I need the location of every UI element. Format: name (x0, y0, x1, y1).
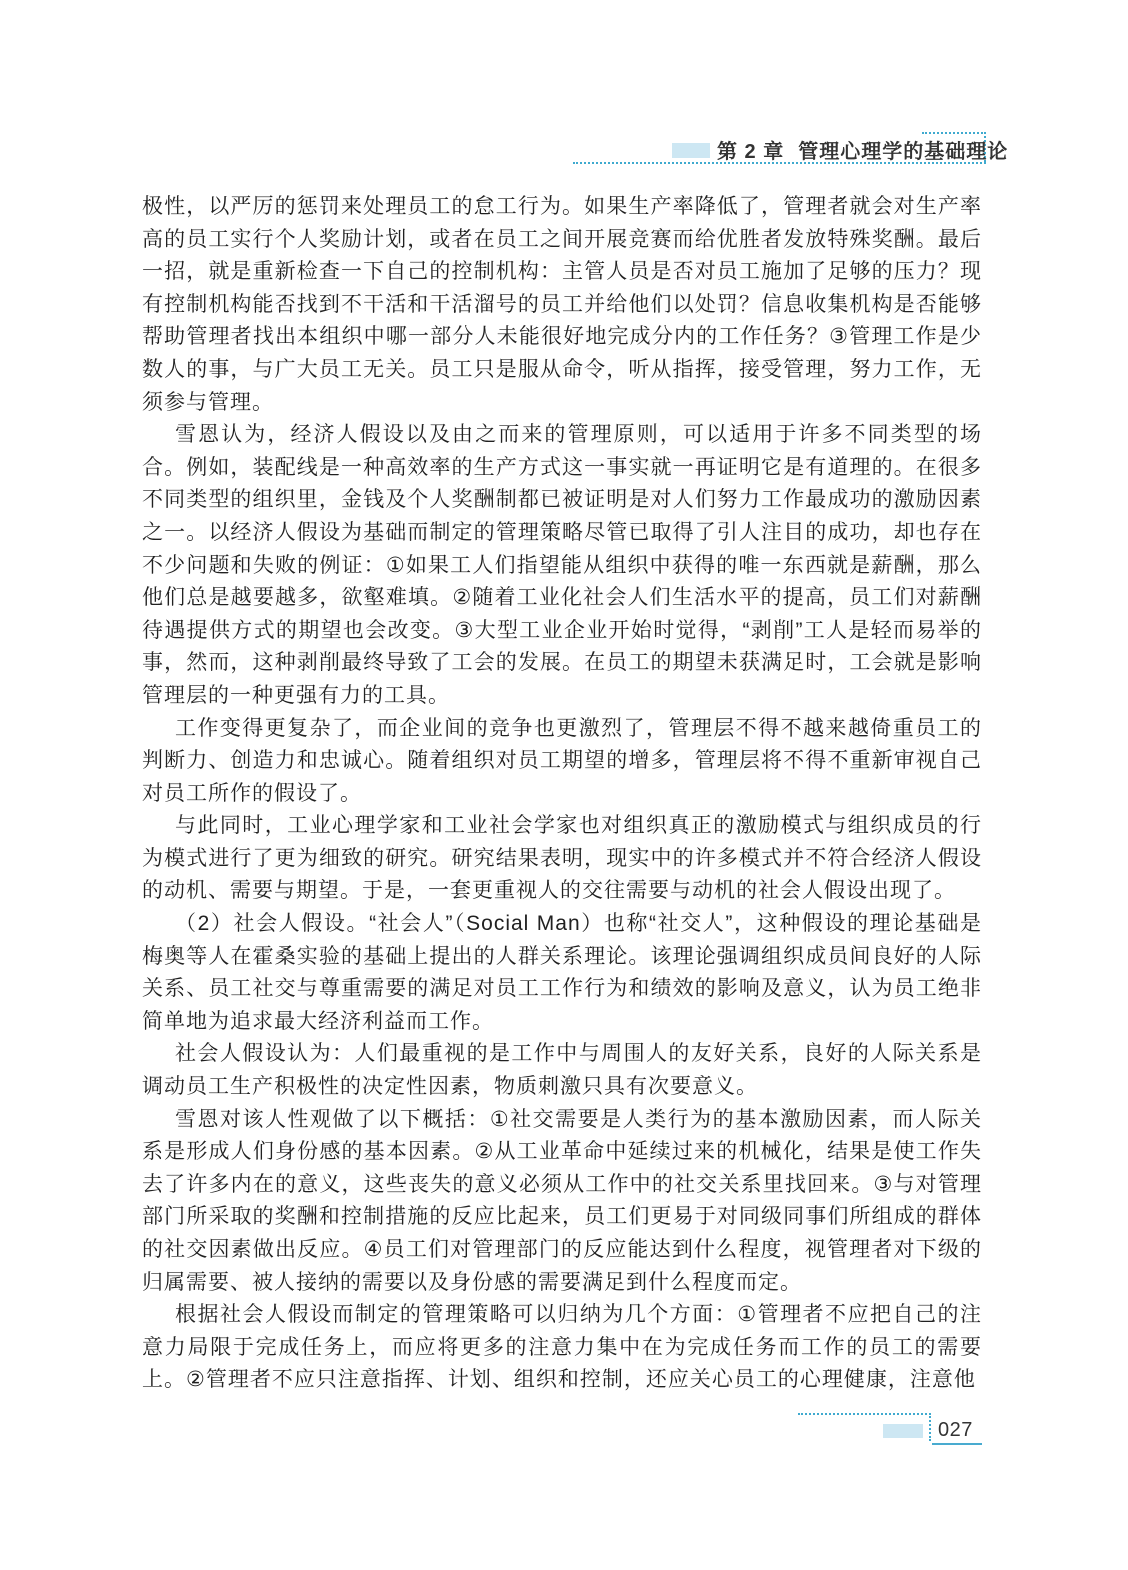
page-number-underline (932, 1443, 982, 1445)
footer-dotted-corner-left (929, 1413, 931, 1441)
header-accent-rectangle (672, 143, 710, 158)
header-dotted-corner-top (922, 132, 986, 134)
book-page: 第 2 章管理心理学的基础理论 极性，以严厉的惩罚来处理员工的怠工行为。如果生产… (0, 0, 1128, 1570)
paragraph: 根据社会人假设而制定的管理策略可以归纳为几个方面：①管理者不应把自己的注意力局限… (142, 1299, 982, 1397)
paragraph: 工作变得更复杂了，而企业间的竞争也更激烈了，管理层不得不越来越倚重员工的判断力、… (142, 713, 982, 811)
paragraph: 社会人假设认为：人们最重视的是工作中与周围人的友好关系，良好的人际关系是调动员工… (142, 1038, 982, 1103)
page-body-text: 极性，以严厉的惩罚来处理员工的怠工行为。如果生产率降低了，管理者就会对生产率高的… (142, 191, 982, 1397)
page-number: 027 (938, 1419, 973, 1442)
paragraph: （2）社会人假设。“社会人”（Social Man）也称“社交人”，这种假设的理… (142, 908, 982, 1038)
chapter-title: 管理心理学的基础理论 (798, 141, 1008, 163)
paragraph-continuation: 极性，以严厉的惩罚来处理员工的怠工行为。如果生产率降低了，管理者就会对生产率高的… (142, 191, 982, 419)
chapter-number: 第 2 章 (717, 141, 784, 163)
footer-dotted-rule (798, 1413, 931, 1415)
running-head: 第 2 章管理心理学的基础理论 (717, 135, 1008, 164)
paragraph: 雪恩认为，经济人假设以及由之而来的管理原则，可以适用于许多不同类型的场合。例如，… (142, 419, 982, 712)
paragraph: 雪恩对该人性观做了以下概括：①社交需要是人类行为的基本激励因素，而人际关系是形成… (142, 1104, 982, 1300)
footer-accent-rectangle (883, 1424, 923, 1438)
paragraph: 与此同时，工业心理学家和工业社会学家也对组织真正的激励模式与组织成员的行为模式进… (142, 810, 982, 908)
